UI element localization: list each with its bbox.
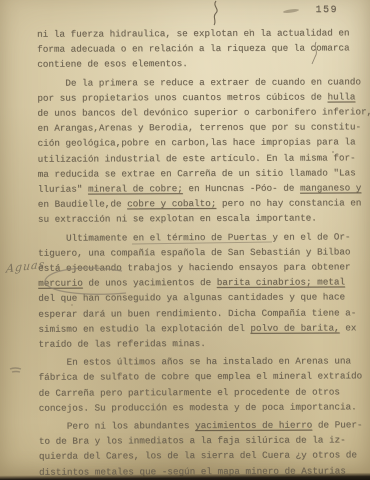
text-segment: contiene de esos elementos. [37,58,188,70]
text-line: llurias" mineral de cobre; en Huncnas -P… [38,180,366,197]
text-segment: quierda del Cares, los de la sierra del … [39,450,357,462]
text-line: forma adecuada o en relación a la riquez… [37,40,365,57]
text-line: en Arangas,Arenas y Berodia, terrenos qu… [37,120,365,137]
text-segment: de Puer- [312,419,362,430]
underlined-term: barita cinabrios; metal [217,277,345,289]
underlined-term: hulla [327,91,355,102]
text-line: por sus propietarios unos cuantos metros… [37,89,365,106]
text-segment: pero no hay constancia en [216,198,361,210]
text-segment: tiguero, una compañía española de San Se… [38,246,350,258]
text-line: esperar dará un buen rendimiento. Dicha … [38,305,366,322]
text-line: quierda del Cares, los de la sierra del … [39,448,367,465]
text-line: ma reducida se extrae en Carreña de un s… [38,165,366,182]
text-line: En estos últimos años se ha instalado en… [38,354,366,371]
ink-smudge [283,8,299,13]
underlined-term: mineral de cobre; [88,183,183,194]
text-line: mercurio de unos yacimientos de barita c… [38,275,366,292]
text-segment: está ejecutando trabajos y haciendo ensa… [38,261,350,273]
text-line: su extracción ni se explotan en escala i… [38,211,366,228]
text-segment: concejos. Su producción es modesta y de … [39,401,357,413]
underlined-term: polvo de barita, [250,322,339,333]
text-line: simismo en estudio la explotación del po… [38,320,366,337]
text-segment: su extracción ni se explotan en escala i… [38,213,317,225]
text-segment: utilización industrial de este artículo.… [38,152,356,164]
text-line: está ejecutando trabajos y haciendo ensa… [38,259,366,276]
text-segment: esperar dará un buen rendimiento. Dicha … [38,307,356,319]
text-line: De la primera se reduce a extraer de cua… [37,74,365,91]
text-segment: del que han conseguido ya algunas cantid… [38,292,345,304]
text-line: concejos. Su producción es modesta y de … [39,399,367,416]
text-line: utilización industrial de este artículo.… [38,150,366,167]
text-segment: en Huncnas -Póo- de [183,183,300,195]
text-segment: de unos bancos del devónico superior o c… [37,106,370,118]
page-number: 159 [315,5,338,16]
text-segment: forma adecuada o en relación a la riquez… [37,43,349,55]
scanned-page: 159 ni la fuerza hidraulica, se explotan… [0,0,370,480]
typewritten-text: ni la fuerza hidraulica, se explotan en … [37,25,367,479]
text-segment: ma reducida se extrae en Carreña de un s… [38,167,356,179]
text-line: tiguero, una compañía española de San Se… [38,244,366,261]
text-line: del que han conseguido ya algunas cantid… [38,290,366,307]
text-segment: ni la fuerza hidraulica, se explotan en … [37,27,349,39]
text-segment: De la primera se reduce a extraer de cua… [65,76,361,88]
underlined-term: yacimientos de hierro [195,420,312,432]
text-segment: to de Bra y los inmediatos a la faja sil… [39,435,346,447]
text-line: Ultimamente en el término de Puertas y e… [38,229,366,246]
margin-pencil-smudge [10,368,21,372]
ink-squiggle-mark [214,1,217,25]
underlined-term: mercurio [38,278,83,289]
text-segment: Pero ni los abundantes [67,420,195,432]
text-line: fábrica de sulfato de cobre que emplea e… [39,369,367,386]
text-line: de unos bancos del devónico superior o c… [37,104,365,121]
text-segment: traído de las referidas minas. [38,338,205,350]
text-segment: en Baudielle,de [38,199,127,210]
text-line: de Carreña pero particularmente el proce… [39,384,367,401]
text-segment: por sus propietarios unos cuantos metros… [37,91,327,103]
text-segment: simismo en estudio la explotación del [38,323,250,335]
text-line: ción geológica,pobre en carbon,las hace … [37,135,365,152]
text-segment: ción geológica,pobre en carbon,las hace … [37,137,355,149]
text-segment: llurias" [38,184,88,195]
text-segment: Ultimamente en el término de Puertas y e… [66,231,351,243]
text-line: contiene de esos elementos. [37,56,365,73]
text-segment: fábrica de sulfato de cobre que emplea e… [39,371,363,383]
text-line: Pero ni los abundantes yacimientos de hi… [39,417,367,434]
text-segment: En estos últimos años se ha instalado en… [66,356,351,368]
text-segment: de Carreña pero particularmente el proce… [39,386,340,398]
text-segment: de unos yacimientos de [83,277,217,289]
text-segment: en Arangas,Arenas y Berodia, terrenos qu… [37,122,361,134]
text-segment: ex [340,322,357,333]
text-line: ni la fuerza hidraulica, se explotan en … [37,25,365,42]
text-line: traído de las referidas minas. [38,335,366,352]
underlined-term: cobre y cobalto; [127,198,216,209]
text-line: to de Bra y los inmediatos a la faja sil… [39,433,367,450]
text-line: en Baudielle,de cobre y cobalto; pero no… [38,196,366,213]
underlined-term: manganeso y [300,182,361,193]
